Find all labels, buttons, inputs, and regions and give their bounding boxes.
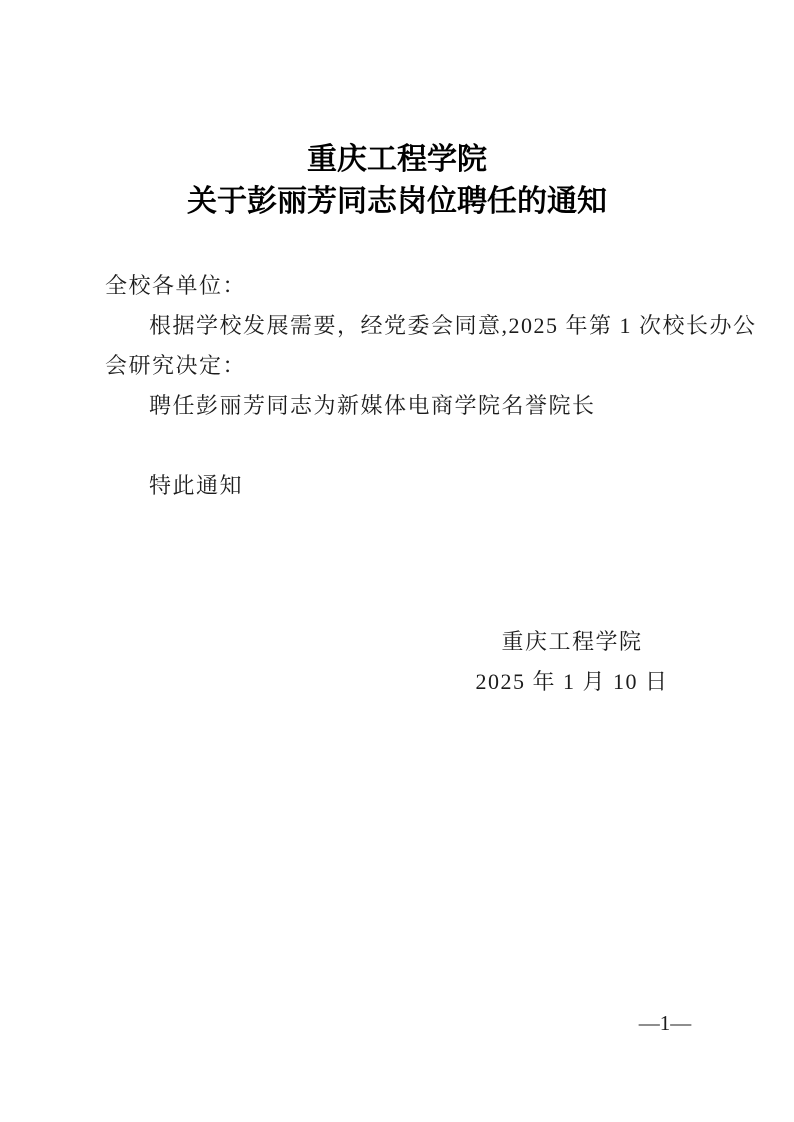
signature-date: 2025 年 1 月 10 日 [422,662,722,702]
page-number: —1— [600,1010,730,1036]
body-line-3: 聘任彭丽芳同志为新媒体电商学院名誉院长 [105,386,695,426]
document-page: 重庆工程学院 关于彭丽芳同志岗位聘任的通知 全校各单位： 根据学校发展需要，经党… [0,0,794,1122]
blank-line [105,426,695,466]
body-line-1: 根据学校发展需要，经党委会同意,2025 年第 1 次校长办公 [105,306,695,346]
notice-title-line-1: 重庆工程学院 [0,139,794,181]
notice-title-line-2: 关于彭丽芳同志岗位聘任的通知 [0,181,794,223]
signature-org: 重庆工程学院 [422,622,722,662]
salutation-line: 全校各单位： [105,266,695,306]
signature-block: 重庆工程学院 2025 年 1 月 10 日 [422,622,722,702]
notice-title: 重庆工程学院 关于彭丽芳同志岗位聘任的通知 [0,139,794,223]
closing-line: 特此通知 [105,466,695,506]
notice-body: 全校各单位： 根据学校发展需要，经党委会同意,2025 年第 1 次校长办公 会… [105,266,695,506]
body-line-2: 会研究决定： [105,346,695,386]
